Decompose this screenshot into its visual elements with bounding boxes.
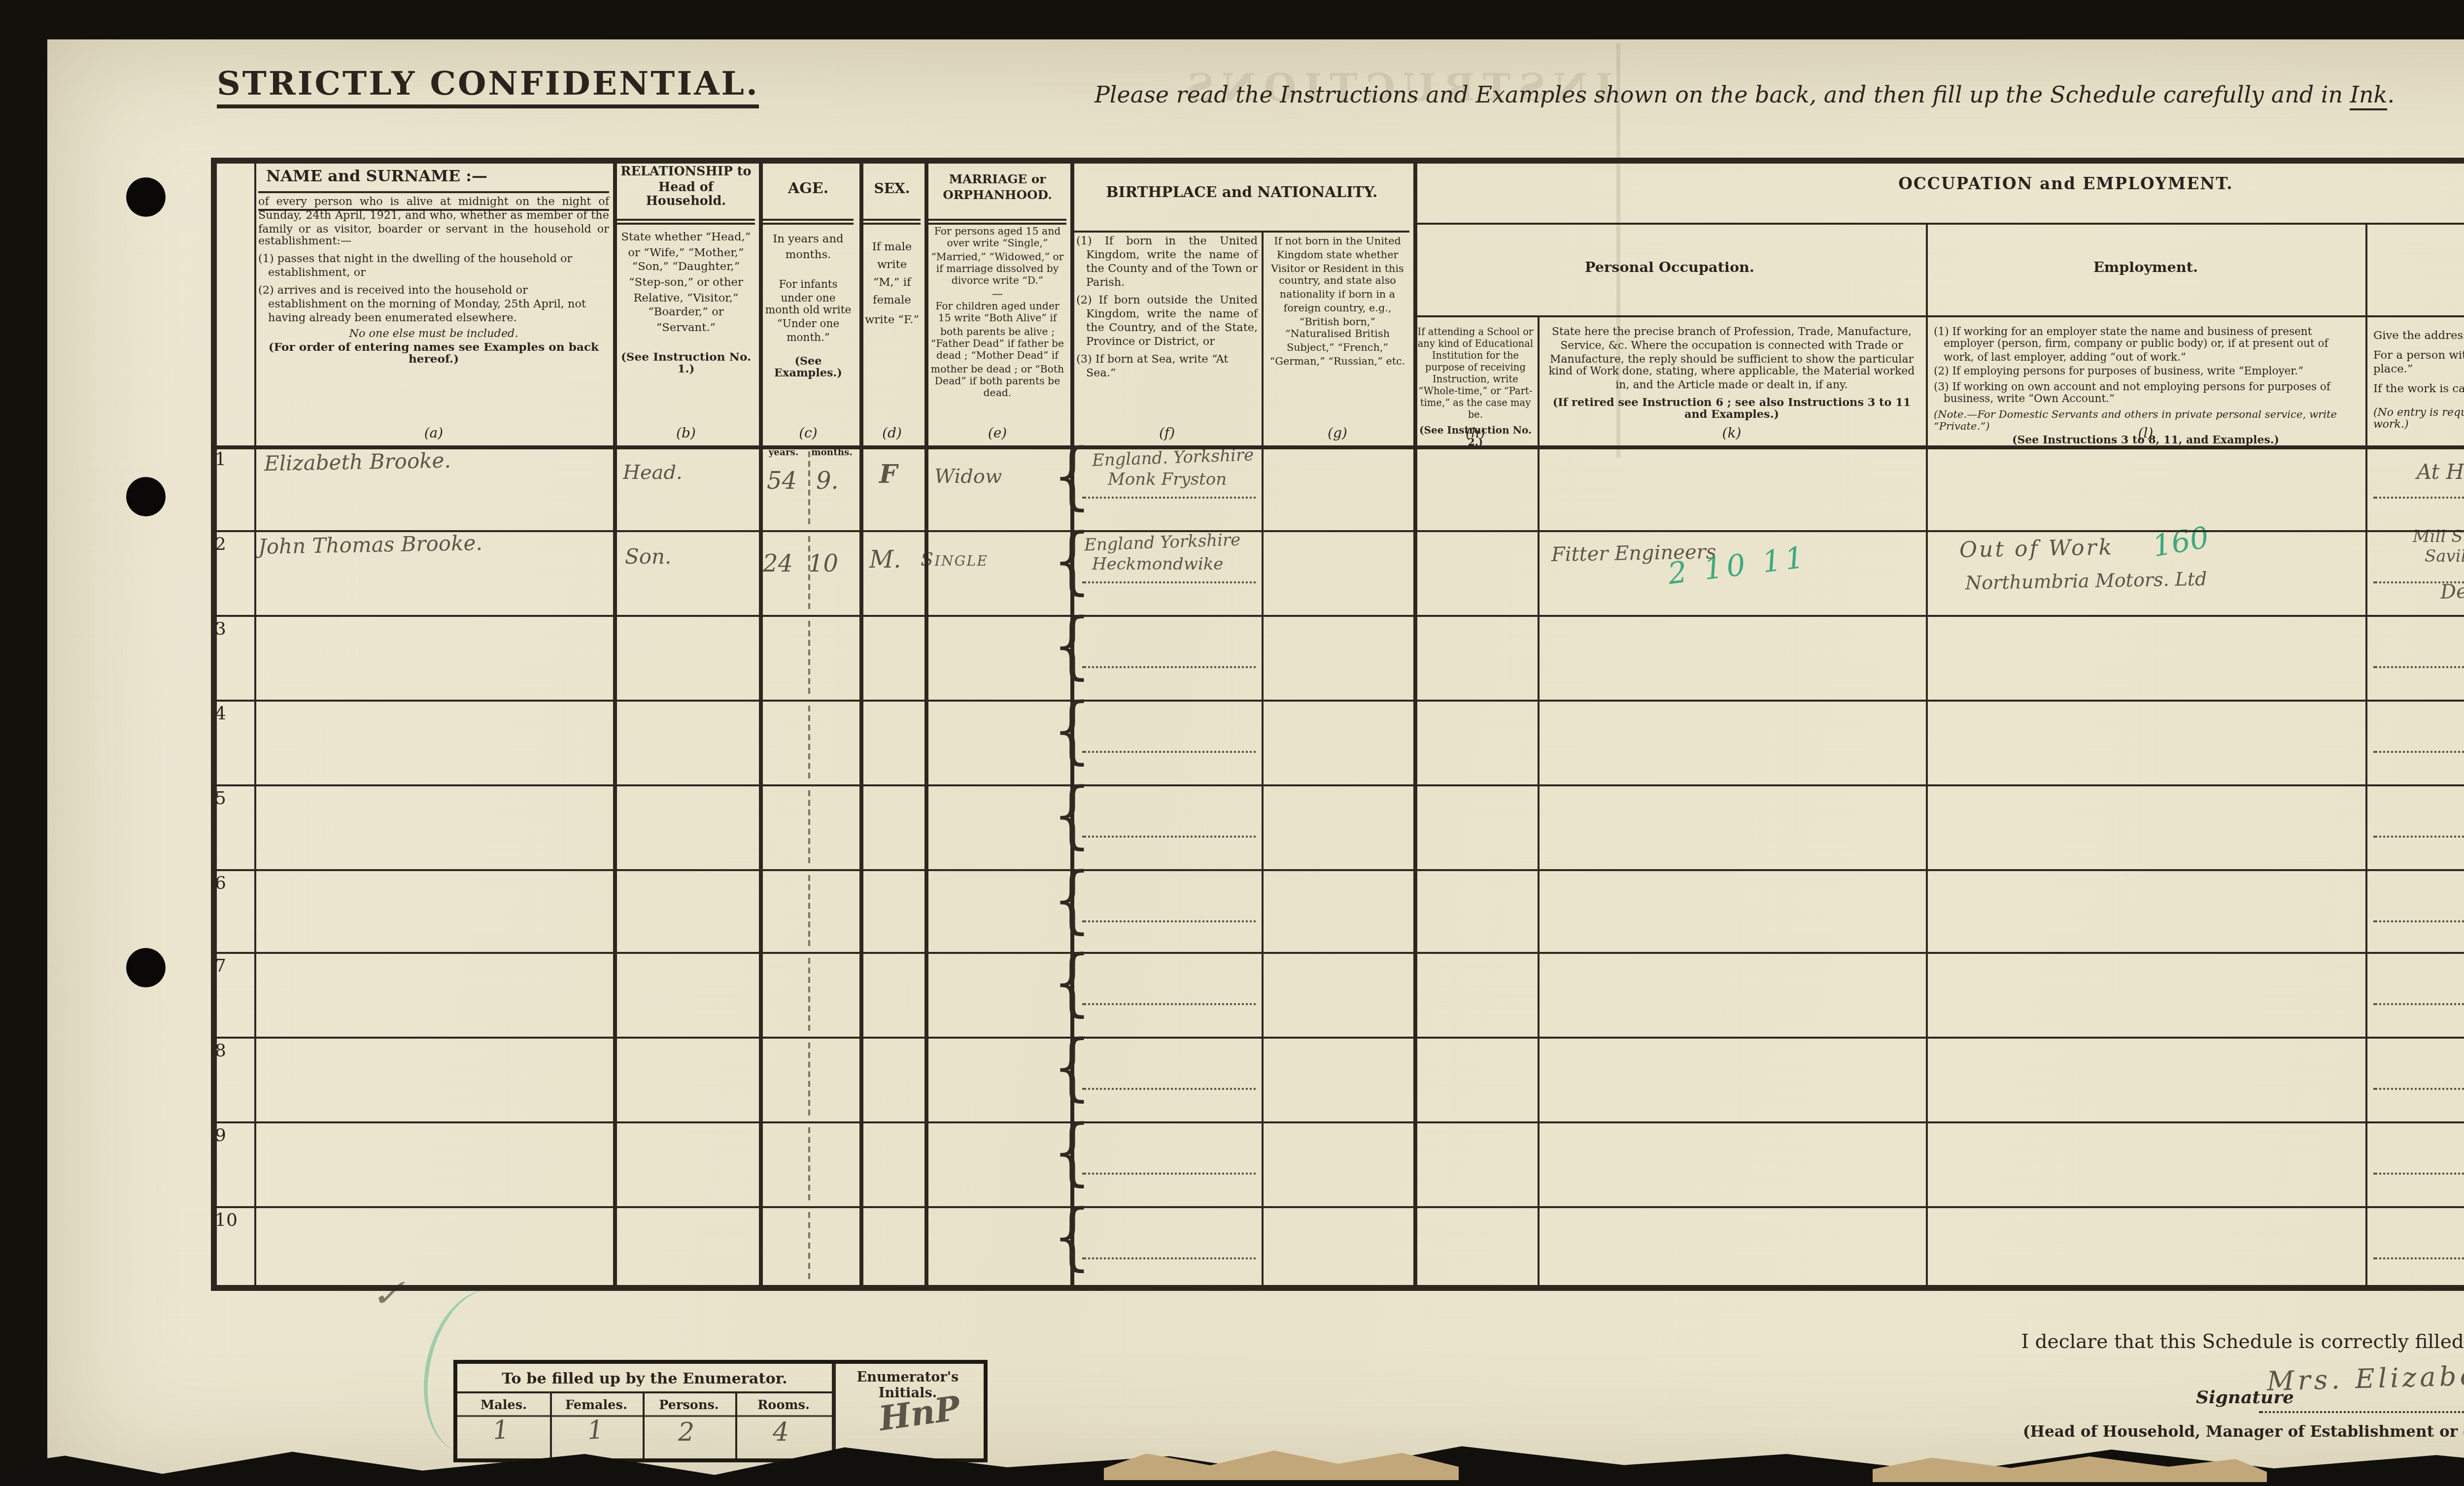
entry-place-of-work-1: At Home. xyxy=(2417,461,2464,485)
row-brace: { xyxy=(1053,696,1092,769)
signature-note: (Head of Household, Manager of Establish… xyxy=(1863,1423,2464,1441)
col-header-occupation: State here the precise branch of Profess… xyxy=(1543,327,1920,443)
age-units-months-label: months. xyxy=(806,448,857,458)
col-text: (For order of entering names see Example… xyxy=(258,343,609,367)
entry-sex-1: F xyxy=(879,461,897,491)
grid-line xyxy=(1926,223,1928,1289)
grid-line xyxy=(759,158,762,1289)
dashed-line xyxy=(808,958,810,1031)
row-number: 9 xyxy=(215,1127,246,1147)
dotted-line xyxy=(1082,580,1256,582)
grid-line xyxy=(924,158,927,1289)
row-brace: { xyxy=(1053,1202,1092,1276)
entry-marriage-1: Widow xyxy=(934,467,1002,489)
col-text: of every person who is alive at midnight… xyxy=(258,197,609,251)
row-brace: { xyxy=(1053,441,1092,515)
rule xyxy=(735,1391,737,1458)
dotted-line xyxy=(1082,496,1256,498)
dashed-line xyxy=(808,706,810,778)
col-text: In years and months. xyxy=(763,235,854,266)
col-letter: (l) xyxy=(1934,426,2358,441)
entry-birthplace-2b: Heckmondwike xyxy=(1092,556,1224,575)
row-number: 2 xyxy=(215,536,246,556)
col-text: (2) If employing persons for purposes of… xyxy=(1934,368,2358,380)
grid-line xyxy=(1262,231,1264,1289)
grid-line xyxy=(863,223,921,225)
grid-line xyxy=(211,1206,2464,1209)
row-brace: { xyxy=(1053,1117,1092,1191)
col-letter: (c) xyxy=(763,426,854,441)
dotted-line xyxy=(1082,919,1256,921)
dotted-line xyxy=(2373,919,2464,921)
grid-line xyxy=(1538,315,1540,1289)
entry-age-years-1: 54 xyxy=(767,467,797,495)
col-letter: (b) xyxy=(617,426,755,441)
row-number: 5 xyxy=(215,790,246,810)
birthplace-super-title: BIRTHPLACE and NATIONALITY. xyxy=(1074,183,1409,201)
enum-value-rooms: 4 xyxy=(773,1419,789,1449)
enum-value-females: 1 xyxy=(586,1417,604,1447)
col-header-sex: SEX. If male write “M,” if female write … xyxy=(863,158,921,443)
col-header-birthplace-uk: (1) If born in the United Kingdom, write… xyxy=(1076,236,1258,443)
entry-sex-2: M. xyxy=(869,546,901,574)
col-text: If not born in the United Kingdom state … xyxy=(1266,236,1409,370)
dotted-line xyxy=(1082,835,1256,837)
row-brace: { xyxy=(1053,526,1092,600)
entry-age-months-1: 9. xyxy=(816,467,839,495)
dotted-line xyxy=(2373,665,2464,667)
col-header-relationship: RELATIONSHIP to Head of Household. State… xyxy=(617,158,755,443)
dotted-line xyxy=(2373,496,2464,498)
col-letter: (d) xyxy=(863,426,921,441)
grid-line xyxy=(254,158,257,1289)
col-text: State here the precise branch of Profess… xyxy=(1543,327,1920,394)
punch-hole xyxy=(126,948,166,987)
enum-header-rooms: Rooms. xyxy=(735,1396,832,1412)
enumerator-box-title: To be filled up by the Enumerator. xyxy=(457,1369,832,1386)
rule xyxy=(643,1391,645,1458)
dotted-line xyxy=(1082,665,1256,667)
col-text: For infants under one month old write “U… xyxy=(763,280,854,346)
dashed-line xyxy=(808,536,810,609)
signature-line xyxy=(2259,1411,2464,1413)
col-text: State whether “Head,” or “Wife,” “Mother… xyxy=(617,233,755,338)
grid-line xyxy=(1074,231,1409,233)
entry-birthplace-1b: Monk Fryston xyxy=(1108,471,1227,491)
sub-title-personal-occupation: Personal Occupation. xyxy=(1417,258,1922,276)
dotted-line xyxy=(1082,750,1256,752)
grid-line xyxy=(1417,315,2464,317)
col-text: (3) If working on own account and not em… xyxy=(1934,382,2358,408)
entry-age-years-2: 24 xyxy=(763,550,793,577)
col-text: (2) If born outside the United Kingdom, … xyxy=(1076,296,1258,351)
dotted-line xyxy=(2373,1256,2464,1258)
grid-line xyxy=(211,530,2464,533)
col-text: (See Examples.) xyxy=(763,356,854,380)
col-header-nationality: If not born in the United Kingdom state … xyxy=(1266,236,1409,443)
col-letter: (m) xyxy=(2373,426,2464,441)
grid-line xyxy=(211,952,2464,954)
dashed-line xyxy=(808,621,810,694)
col-text: For children aged under 15 write “Both A… xyxy=(928,301,1066,402)
col-header-place-of-work: Give the address of each person’s place … xyxy=(2373,331,2464,443)
col-letter: (k) xyxy=(1543,426,1920,441)
grid-line xyxy=(211,869,2464,872)
entry-relationship-1: Head. xyxy=(623,463,683,485)
instruction-note-ink: Ink xyxy=(2350,81,2388,110)
enum-value-persons: 2 xyxy=(678,1419,694,1449)
grid-line xyxy=(258,209,609,211)
col-text: (1) If born in the United Kingdom, write… xyxy=(1076,236,1258,292)
pencil-tick: ✓ xyxy=(365,1272,411,1316)
grid-line xyxy=(1417,223,2464,225)
census-schedule-scan: INSTRUCTIONS STRICTLY CONFIDENTIAL. Plea… xyxy=(0,0,2464,1486)
row-number: 4 xyxy=(215,706,246,725)
row-brace: { xyxy=(1053,780,1092,854)
dotted-line xyxy=(2373,1087,2464,1089)
dashed-line xyxy=(808,451,810,524)
instruction-note-period: . xyxy=(2388,81,2395,108)
entry-relationship-2: Son. xyxy=(625,546,672,570)
grid-line xyxy=(859,158,862,1289)
row-brace: { xyxy=(1053,1033,1092,1106)
sub-title-place-of-work: Place of Work. xyxy=(2369,258,2464,276)
grid-line xyxy=(211,1285,2464,1290)
entry-employment-2: Out of Work xyxy=(1959,535,2114,563)
grid-line xyxy=(211,445,2464,449)
rule xyxy=(832,1364,835,1458)
col-letter: (a) xyxy=(258,426,609,441)
row-number: 10 xyxy=(215,1212,246,1232)
col-title: SEX. xyxy=(863,158,921,221)
confidential-heading: STRICTLY CONFIDENTIAL. xyxy=(217,65,759,108)
dashed-line xyxy=(808,1043,810,1115)
col-letter: (e) xyxy=(928,426,1066,441)
entry-work-address-2b: Savile Town. Rd xyxy=(2425,548,2464,568)
enum-header-males: Males. xyxy=(457,1396,550,1412)
punch-hole xyxy=(126,477,166,516)
entry-name-1: Elizabeth Brooke. xyxy=(264,450,451,477)
col-text: — xyxy=(928,289,1066,301)
col-letter: (g) xyxy=(1266,426,1409,441)
col-text: (1) passes that night in the dwelling of… xyxy=(258,255,609,282)
entry-marriage-2: Single xyxy=(921,550,988,572)
col-text: If attending a School or any kind of Edu… xyxy=(1417,327,1534,422)
dotted-line xyxy=(1082,1087,1256,1089)
grid-line xyxy=(211,700,2464,702)
rule xyxy=(457,1391,832,1394)
instruction-note: Please read the Instructions and Example… xyxy=(1074,81,2415,108)
grid-line xyxy=(211,615,2464,617)
col-text: (1) If working for an employer state the… xyxy=(1934,327,2358,366)
declaration-text: I declare that this Schedule is correctl… xyxy=(1863,1332,2464,1354)
row-number: 6 xyxy=(215,875,246,895)
dotted-line xyxy=(1082,1172,1256,1174)
col-letter: (f) xyxy=(1076,426,1258,441)
grid-line xyxy=(211,1037,2464,1039)
col-text: (2) arrives and is received into the hou… xyxy=(258,286,609,326)
col-text: For persons aged 15 and over write “Sing… xyxy=(928,227,1066,289)
grid-line xyxy=(617,223,755,225)
grid-line xyxy=(2365,223,2368,1289)
col-header-name: NAME and SURNAME :— of every person who … xyxy=(258,162,609,443)
dotted-line xyxy=(1082,1256,1256,1258)
grid-line xyxy=(1413,158,1418,1289)
col-text: For a person with no regular place of wo… xyxy=(2373,351,2464,379)
row-brace: { xyxy=(1053,611,1092,684)
col-text: (If retired see Instruction 6 ; see also… xyxy=(1543,398,1920,422)
col-text: (See Instruction No. 1.) xyxy=(617,352,755,376)
col-header-age: AGE. In years and months. For infants un… xyxy=(763,158,854,443)
row-number: 7 xyxy=(215,958,246,978)
occupation-super-title: OCCUPATION and EMPLOYMENT. xyxy=(1417,173,2464,193)
row-brace: { xyxy=(1053,865,1092,939)
grid-line xyxy=(763,223,854,225)
col-title: MARRIAGE or ORPHANHOOD. xyxy=(928,158,1066,221)
dashed-line xyxy=(808,1127,810,1200)
entry-employer-2: Northumbria Motors. Ltd xyxy=(1965,570,2207,596)
enumerator-summary-box: To be filled up by the Enumerator. Enume… xyxy=(453,1360,988,1462)
grid-line xyxy=(211,1121,2464,1124)
dotted-line xyxy=(2373,835,2464,837)
col-text: If the work is carried on mainly at home… xyxy=(2373,385,2464,400)
col-text: No one else must be included. xyxy=(258,330,609,341)
dotted-line xyxy=(2373,1172,2464,1174)
rule xyxy=(457,1415,832,1417)
col-header-school: If attending a School or any kind of Edu… xyxy=(1417,327,1534,443)
grid-line xyxy=(613,158,616,1289)
dashed-line xyxy=(808,790,810,863)
dashed-line xyxy=(808,1212,810,1279)
instruction-note-text: Please read the Instructions and Example… xyxy=(1095,81,2350,108)
col-header-marriage: MARRIAGE or ORPHANHOOD. For persons aged… xyxy=(928,158,1066,443)
col-header-employment: (1) If working for an employer state the… xyxy=(1934,327,2358,443)
dotted-line xyxy=(2373,1002,2464,1004)
dashed-line xyxy=(808,875,810,946)
age-units-years-label: years. xyxy=(761,448,806,458)
col-title: RELATIONSHIP to Head of Household. xyxy=(617,158,755,221)
dotted-line xyxy=(1082,1002,1256,1004)
grid-line xyxy=(928,223,1066,225)
entry-name-2: John Thomas Brooke. xyxy=(258,532,483,560)
punch-hole xyxy=(126,177,166,217)
dotted-line xyxy=(2373,750,2464,752)
enum-header-persons: Persons. xyxy=(643,1396,735,1412)
col-text: Give the address of each person’s place … xyxy=(2373,331,2464,345)
col-text: (3) If born at Sea, write “At Sea.” xyxy=(1076,355,1258,382)
row-brace: { xyxy=(1053,948,1092,1021)
entry-age-months-2: 10 xyxy=(808,550,838,577)
grid-line xyxy=(211,784,2464,787)
col-title: NAME and SURNAME :— xyxy=(258,162,609,193)
col-letter: (h) xyxy=(1417,426,1534,441)
sub-title-employment: Employment. xyxy=(1930,258,2361,276)
col-text: If male write “M,” if female write “F.” xyxy=(863,240,921,331)
enum-value-males: 1 xyxy=(492,1417,510,1447)
row-number: 1 xyxy=(215,451,246,471)
row-number: 3 xyxy=(215,621,246,641)
row-number: 8 xyxy=(215,1043,246,1062)
col-title: AGE. xyxy=(763,158,854,221)
grid-line xyxy=(211,158,2464,164)
enum-header-females: Females. xyxy=(550,1396,643,1412)
rule xyxy=(550,1391,552,1458)
